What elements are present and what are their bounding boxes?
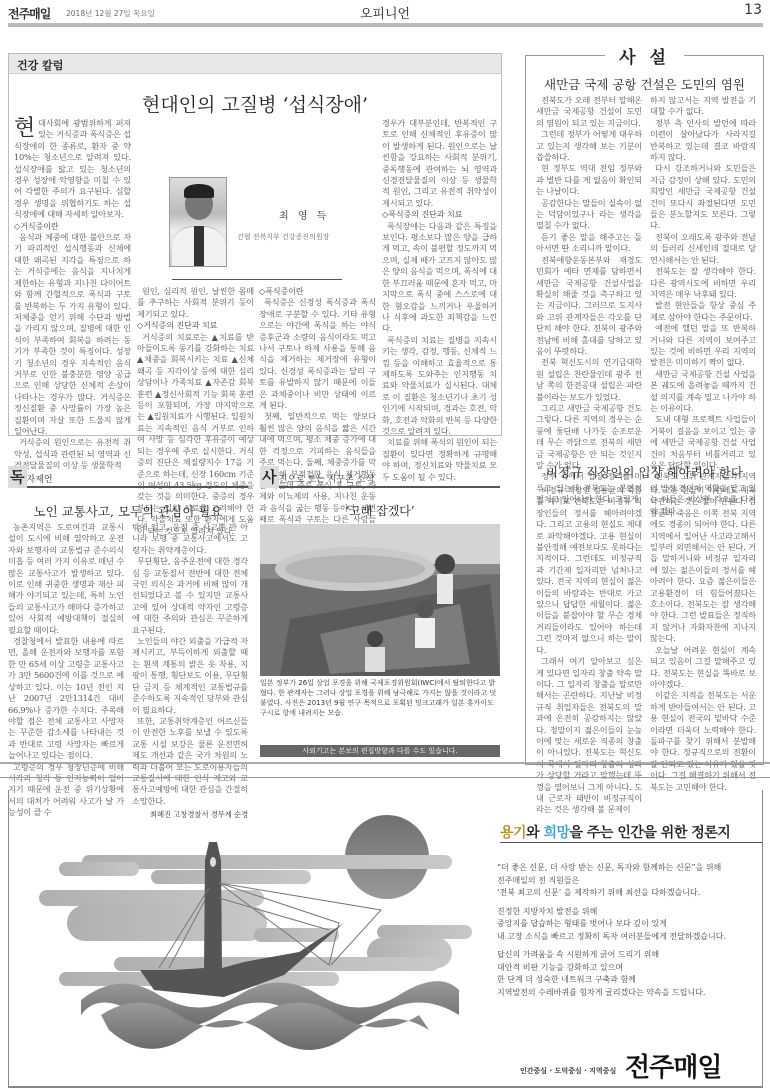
ad-line: “더 좋은 신문, 더 사랑 받는 신문, 독자와 함께하는 신문”을 위해	[497, 862, 767, 875]
ad-line: 지역발전의 수레바퀴를 힘차게 굴리겠다는 약속을 드립니다.	[497, 987, 767, 1000]
masthead-rule	[8, 23, 763, 27]
reader-section-header: 독자제언	[8, 466, 248, 488]
health-col-1: 현대사회에 광범위하게 퍼져있는 거식증과 폭식증은 섭식장애의 한 종류로, …	[14, 118, 131, 472]
slogan-hope: 희망	[543, 825, 569, 841]
ad-line: 진정한 지방자치 발전을 위해	[497, 906, 767, 919]
paragraph: 공감한다는 말들이 실속이 없는 덕담이었구나 라는 생각을 떨칠 수가 없다.	[536, 198, 642, 232]
photo-news-title: ‘고래 잡겠다’	[260, 502, 500, 519]
editorial-2-col-2: 다. 고용 현실이 이런데도 계속 낙관하는 것은 말이 안된다. 김용균의 죽…	[650, 485, 756, 793]
section-label: 진으로 보는 지구촌 소식	[279, 475, 375, 485]
whale-boat-image	[260, 524, 500, 676]
ad-line: 대안적 비판 기능을 강화하고 있으며	[497, 962, 767, 975]
paragraph: 비정규 직장인 김용균의 죽음을 계기로 전북도는 비정규 직장인들의 정서를 …	[536, 485, 642, 656]
editorial-2-col-1: 비정규 직장인 김용균의 죽음을 계기로 전북도는 비정규 직장인들의 정서를 …	[536, 485, 642, 816]
subhead: ◇거식증이란	[14, 221, 131, 232]
author-affiliation: 건협 전북지부 건강증진의원장	[237, 232, 329, 242]
paragraph: 듣기 좋은 말을 해주고는 돌아서면 딴 소리니까 말이다.	[536, 232, 642, 255]
health-col-4: 경우가 대부분인데, 반복적인 구토로 인해 신체적인 후유증이 많이 발생하게…	[382, 118, 497, 483]
ship-illustration	[9, 790, 479, 1088]
paragraph: 그런데 정부가 어떻게 대우하고 있는지 생각해 보는 기분이 씁쓸하다.	[536, 129, 642, 163]
paragraph: 하지 않고서는 지역 발전을 기대할 수가 없다.	[650, 95, 756, 118]
paragraph: 발전 현안들을 항상 중심 주제로 삼아야 한다는 주문이다.	[650, 300, 756, 323]
paragraph: 전북 혁신도시의 연기금대학원 설립은 찬란물인데 광주 전남 쪽의 한전공대 …	[536, 357, 642, 403]
subhead: ◇거식증의 진단과 치료	[137, 320, 254, 331]
editorial-1-col-1: 전북도가 오래 전부터 말해온 새만금 국제공항 건설이 도민의 염원이 되고 …	[536, 95, 642, 506]
paragraph: 다시 강조하거니와 도민들은 지금 감정이 상해 있다. 도민의 희망인 새만금…	[650, 163, 756, 231]
paragraph: 폭식장애는 다음과 같은 특징을 보인다. 평소보다 많은 양을 급하게 먹고,…	[382, 221, 497, 335]
ad-paragraph: 답신의 가려움을 속 시원하게 긁어 드리기 위해 대안적 비판 기능을 강화하…	[497, 949, 767, 999]
divider	[0, 777, 770, 778]
paragraph: 농촌지역은 도로여건과 교통시설이 도시에 비해 열악하고 운전자와 보행자의 …	[8, 522, 124, 636]
paragraph: 폭식증의 치료는 질병을 지속시키는 생각, 감정, 행동, 신체적 느낌 등을…	[382, 335, 497, 438]
ad-line: 한 단계 더 성숙한 네트워크 구축과 함께	[497, 974, 767, 987]
slogan-text: 을 주는 인간을 위한 정론지	[570, 825, 731, 841]
paragraph: 음식과 체중에 대한 불안으로 자기 파괴적인 섭식행동과 신체에 대한 왜곡된…	[14, 232, 131, 437]
author-photo	[169, 177, 227, 267]
paragraph: 노인들의 야간 외출을 가급적 자제시키고, 부득이하게 외출할 때는 흰색 계…	[132, 636, 248, 716]
section-label: 자제언	[27, 475, 53, 485]
paragraph: 전북애향운동본부와 재경도민회가 예타 면제를 담하면서 새만금 국제공항 건설…	[536, 255, 642, 358]
ad-line: 중앙지를 답습하는 형태를 벗어나 보다 깊이 있게	[497, 918, 767, 931]
ad-paragraph: 진정한 지방자치 발전을 위해 중앙지를 답습하는 형태를 벗어나 보다 깊이 …	[497, 906, 767, 944]
health-col-2: 원인, 심리적 원인, 날씬한 몸매를 추구하는 사회적 분위기 등이 제기되고…	[137, 286, 254, 537]
ad-logo: 전주매일	[625, 1047, 721, 1084]
paragraph: 폭식증은 신경성 폭식증과 폭식장애로 구분할 수 있다. 기타 유형으로는 야…	[259, 297, 376, 411]
section-initial: 독	[8, 466, 27, 488]
article-title: 현대인의 고질병 ‘섭식장애’	[9, 90, 501, 117]
paragraph: 새만금 국제공항 건설 사업을 본 궤도에 올려놓을 때까지 건설 의지를 계속…	[650, 369, 756, 415]
ad-line: 내 고장 소식을 빠르고 정확히 독자 여러분들에게 전달하겠습니다.	[497, 931, 767, 944]
divider	[172, 279, 342, 280]
author-name: 최 영 득	[279, 207, 329, 222]
divider	[0, 762, 770, 764]
subhead: ◇폭식증의 진단과 치료	[382, 209, 497, 220]
ad-body: “더 좋은 신문, 더 사랑 받는 신문, 독자와 함께하는 신문”을 위해 전…	[497, 862, 767, 1005]
paragraph: 경우가 대부분인데, 반복적인 구토로 인해 신체적인 후유증이 많이 발생하게…	[382, 118, 497, 209]
ad-paragraph: “더 좋은 신문, 더 사랑 받는 신문, 독자와 함께하는 신문”을 위해 전…	[497, 862, 767, 900]
reader-col-1: 농촌지역은 도로여건과 교통시설이 도시에 비해 열악하고 운전자와 보행자의 …	[8, 522, 124, 819]
dropcap: 현	[14, 118, 35, 140]
section-title: 오피니언	[8, 3, 762, 22]
ad-line: ‘전북 최고의 신문’ 을 제작하기 위해 최선을 다하겠습니다.	[497, 887, 767, 900]
health-col-3: ◇폭식증이란 폭식증은 신경성 폭식증과 폭식장애로 구분할 수 있다. 기타 …	[259, 286, 376, 537]
reader-col-2: 밖에 없고, 운전 중 사고뿐 만 아니라 보행 중 교통사고에서도 고령자는 …	[132, 522, 248, 821]
paragraph: 정부 측 인사의 발언에 따라 미련이 살아났다가 사라지길 반복하고 있는데 …	[650, 118, 756, 164]
subhead: ◇폭식증이란	[259, 286, 376, 297]
ad-motto: 인간중심 · 도덕중심 · 지역중심	[520, 1066, 616, 1076]
slogan-text: 와	[526, 825, 543, 841]
paragraph: 원인, 심리적 원인, 날씬한 몸매를 추구하는 사회적 분위기 등이 제기되고…	[137, 286, 254, 320]
editorial-2-title: 비정규 직장인의 입장 헤아려야 한다	[526, 463, 763, 481]
reader-article-title: 노인 교통사고, 모두의 관심이 필요	[8, 502, 248, 520]
section-initial: 사	[260, 466, 279, 488]
photo-shirt	[194, 226, 204, 266]
photo-caption: 일본 정부가 26일 상업 포경을 위해 국제포경위원회(IWC)에서 탈퇴한다…	[260, 678, 500, 718]
disclaimer-bar: 사외기고는 본보의 편집방향과 다를 수도 있습니다.	[260, 745, 500, 757]
column-tag: 건강 칼럼	[9, 54, 501, 74]
photo-hair	[184, 184, 214, 198]
editorial-box: 사 설 새만금 국제 공항 건설은 도민의 염원 전북도가 오래 전부터 말해온…	[525, 55, 764, 765]
divider	[500, 842, 762, 843]
whale-photo	[260, 524, 500, 676]
paragraph: 그리고 새만금 국제공항 건도 그렇다. 다른 지역의 경우는 순풍에 돛단배 …	[536, 403, 642, 471]
slogan-courage: 용기	[500, 825, 526, 841]
editorial-label: 사 설	[526, 43, 763, 68]
editorial-1-col-2: 하지 않고서는 지역 발전을 기대할 수가 없다. 정부 측 인사의 발언에 따…	[650, 95, 756, 517]
paragraph: 현 정부도 역대 전임 정부와 과 별반 다를 게 없음이 확인되는 나날이다.	[536, 163, 642, 197]
paragraph: 경찰청에서 발표한 내용에 따르면, 올해 운전자와 보행자를 포함한 만 65…	[8, 636, 124, 761]
paragraph: 전북이 오래도록 광주와 전남의 들러리 신세인데 절대로 당연시해서는 안 된…	[650, 232, 756, 266]
page-number: 13	[744, 2, 762, 18]
paragraph: 무단횡단, 음주운전에 대한 경각심 등 교통질서 전반에 대한 전체 국민 의…	[132, 556, 248, 636]
ad-slogan: 용기와 희망을 주는 인간을 위한 정론지	[500, 822, 730, 842]
photo-section-header: 사진으로 보는 지구촌 소식	[260, 466, 500, 488]
health-column: 건강 칼럼 현대인의 고질병 ‘섭식장애’ 현대사회에 광범위하게 퍼져있는 거…	[8, 53, 502, 436]
ad-line: 답신의 가려움을 속 시원하게 긁어 드리기 위해	[497, 949, 767, 962]
paragraph: 오늘날 어려운 현실이 계속 되고 있음이 그걸 말해주고 있다. 전북도는 현…	[650, 645, 756, 691]
paragraph: 밖에 없고, 운전 중 사고뿐 만 아니라 보행 중 교통사고에서도 고령자는 …	[132, 522, 248, 556]
editorial-1-title: 새만금 국제 공항 건설은 도민의 염원	[526, 75, 763, 93]
ad-line: 전주매일의 전 직원들은	[497, 875, 767, 888]
paragraph: 다. 고용 현실이 이런데도 계속 낙관하는 것은 말이 안된다. 김용균의 죽…	[650, 485, 756, 645]
paragraph: 전북도가 오래 전부터 말해온 새만금 국제공항 건설이 도민의 염원이 되고 …	[536, 95, 642, 129]
paragraph: 예전에 했던 말을 또 반복하거니와 다른 지역이 보여주고 있는 것에 비하면…	[650, 323, 756, 369]
paragraph: 전북도는 잘 생각해야 한다. 다른 광역시도에 비하면 우리 지역은 매우 낙…	[650, 266, 756, 300]
